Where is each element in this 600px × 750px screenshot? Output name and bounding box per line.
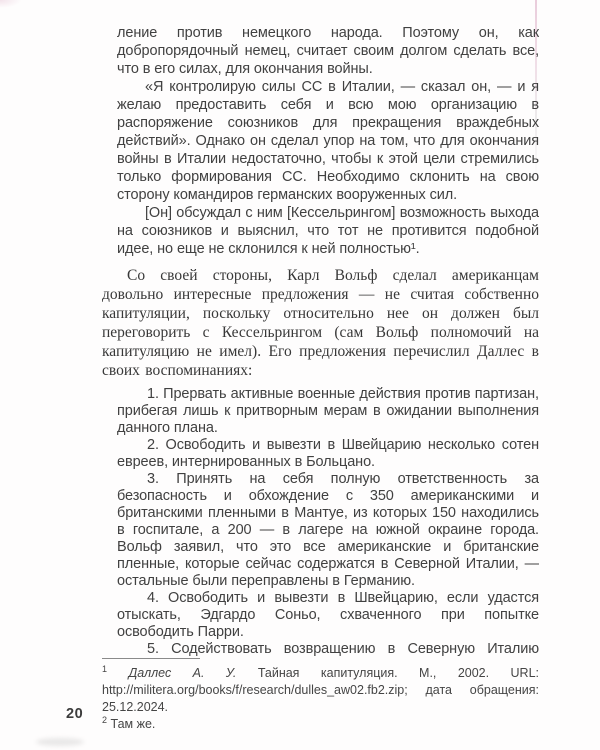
footnote-separator — [102, 658, 200, 659]
paragraph-speech: «Я контролирую силы СС в Италии, — сказа… — [117, 78, 539, 204]
list-item: 5. Содействовать возвращению в Северную … — [117, 641, 539, 658]
list-item: 3. Принять на себя полную ответственност… — [117, 471, 539, 590]
paragraph-continuation: ление против немецкого народа. Поэтому о… — [117, 24, 539, 78]
paragraph-discussion: [Он] обсуждал с ним [Кессельрингом] возм… — [117, 204, 539, 258]
footnote-text: Там же. — [111, 717, 156, 731]
footnote-marker: 2 — [102, 715, 107, 725]
page-number: 20 — [66, 706, 83, 722]
footnotes-section: 1 Даллес А. У. Тайная капитуляция. М., 2… — [102, 658, 539, 733]
footnote-marker: 1 — [102, 664, 107, 674]
body-text: ление против немецкого народа. Поэтому о… — [102, 24, 539, 658]
footnote-author: Даллес А. У. — [128, 666, 236, 680]
author-paragraph: Со своей стороны, Карл Вольф сделал амер… — [102, 266, 539, 380]
list-item: 4. Освободить и вывезти в Швейцарию, есл… — [117, 590, 539, 641]
book-page: ление против немецкого народа. Поэтому о… — [0, 0, 600, 750]
footnote: 1 Даллес А. У. Тайная капитуляция. М., 2… — [102, 665, 539, 716]
numbered-list: 1. Прервать активные военные действия пр… — [117, 386, 539, 658]
list-item: 2. Освободить и вывезти в Швейцарию неск… — [117, 437, 539, 471]
scan-corner-artifact — [0, 0, 22, 8]
footnote: 2 Там же. — [102, 716, 539, 733]
quoted-excerpt-top: ление против немецкого народа. Поэтому о… — [117, 24, 539, 258]
list-item: 1. Прервать активные военные действия пр… — [117, 386, 539, 437]
scan-smudge-artifact — [36, 738, 84, 746]
